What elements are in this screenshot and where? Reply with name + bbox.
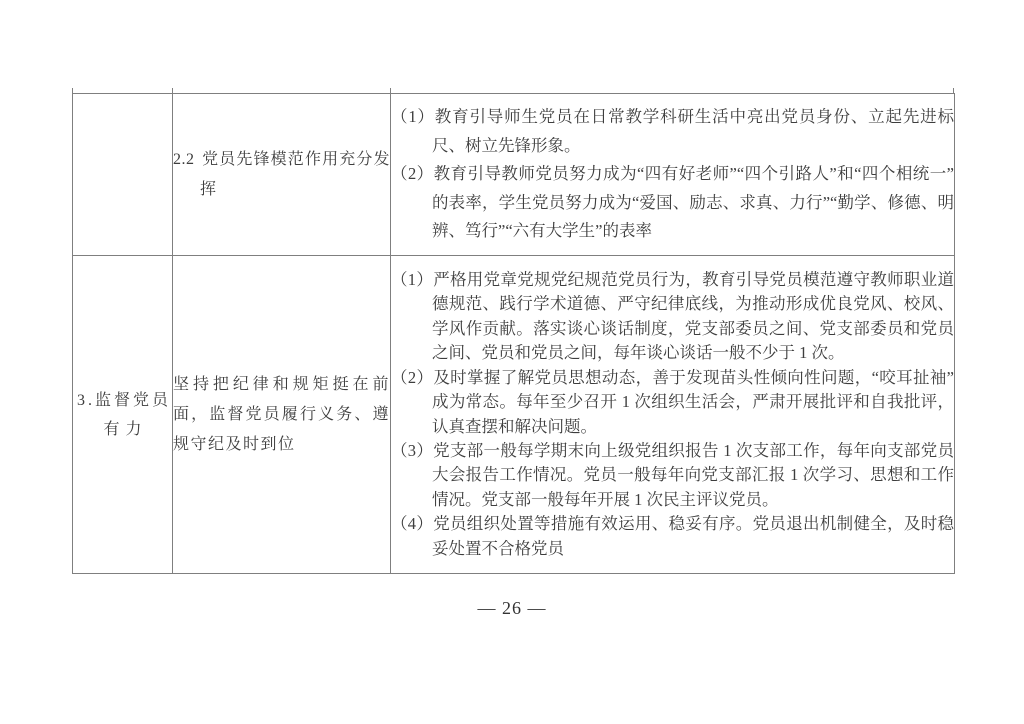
cell-indicator-3: 3.监督党员 有力 [73,256,173,574]
criterion-text: 2.2党员先锋模范作用充分发挥 [173,145,390,205]
detail-item: （1）严格用党章党规党纪规范党员行为，教育引导党员模范遵守教师职业道德规范、践行… [391,268,954,366]
criterion-number: 2.2 [173,151,195,168]
detail-item-text: 党支部一般每学期末向上级党组织报告 1 次支部工作，每年向支部党员大会报告工作情… [432,441,954,509]
detail-item: （3）党支部一般每学期末向上级党组织报告 1 次支部工作，每年向支部党员大会报告… [391,439,954,512]
indicator-title-line1: 3.监督党员 [73,386,172,415]
cell-indicator-empty [73,94,173,256]
page-number: — 26 — [0,598,1024,619]
cell-details-row1: （1）教育引导师生党员在日常教学科研生活中亮出党员身份、立起先进标尺、树立先锋形… [391,94,955,256]
detail-item-marker: （1） [391,270,433,289]
indicator-title-line2: 有力 [73,415,172,444]
detail-item-text: 及时掌握了解党员思想动态，善于发现苗头性倾向性问题，“咬耳扯袖”成为常态。每年至… [432,368,954,436]
detail-item-marker: （4） [391,514,433,533]
detail-item-text: 党员组织处置等措施有效运用、稳妥有序。党员退出机制健全，及时稳妥处置不合格党员 [432,514,954,557]
detail-item-text: 教育引导师生党员在日常教学科研生活中亮出党员身份、立起先进标尺、树立先锋形象。 [432,107,954,155]
document-page: 2.2党员先锋模范作用充分发挥 （1）教育引导师生党员在日常教学科研生活中亮出党… [0,0,1024,724]
detail-item-marker: （2） [391,164,434,183]
cell-details-row2: （1）严格用党章党规党纪规范党员行为，教育引导党员模范遵守教师职业道德规范、践行… [391,256,955,574]
detail-item-marker: （1） [391,107,435,126]
detail-item: （2）教育引导教师党员努力成为“四有好老师”“四个引路人”和“四个相统一”的表率… [391,160,954,246]
cell-criterion-2-2: 2.2党员先锋模范作用充分发挥 [173,94,391,256]
detail-item-text: 教育引导教师党员努力成为“四有好老师”“四个引路人”和“四个相统一”的表率，学生… [432,164,954,240]
criterion-title: 党员先锋模范作用充分发挥 [200,151,390,198]
detail-item-marker: （3） [391,441,433,460]
detail-item: （2）及时掌握了解党员思想动态，善于发现苗头性倾向性问题，“咬耳扯袖”成为常态。… [391,366,954,439]
detail-item-marker: （2） [391,368,433,387]
table-row: 3.监督党员 有力 坚持把纪律和规矩挺在前面，监督党员履行义务、遵规守纪及时到位… [73,256,955,574]
criterion-text: 坚持把纪律和规矩挺在前面，监督党员履行义务、遵规守纪及时到位 [173,370,390,460]
cell-criterion-3: 坚持把纪律和规矩挺在前面，监督党员履行义务、遵规守纪及时到位 [173,256,391,574]
detail-item: （4）党员组织处置等措施有效运用、稳妥有序。党员退出机制健全，及时稳妥处置不合格… [391,512,954,561]
table-row: 2.2党员先锋模范作用充分发挥 （1）教育引导师生党员在日常教学科研生活中亮出党… [73,94,955,256]
detail-item: （1）教育引导师生党员在日常教学科研生活中亮出党员身份、立起先进标尺、树立先锋形… [391,103,954,160]
detail-item-text: 严格用党章党规党纪规范党员行为，教育引导党员模范遵守教师职业道德规范、践行学术道… [432,270,954,362]
evaluation-table: 2.2党员先锋模范作用充分发挥 （1）教育引导师生党员在日常教学科研生活中亮出党… [72,93,955,574]
